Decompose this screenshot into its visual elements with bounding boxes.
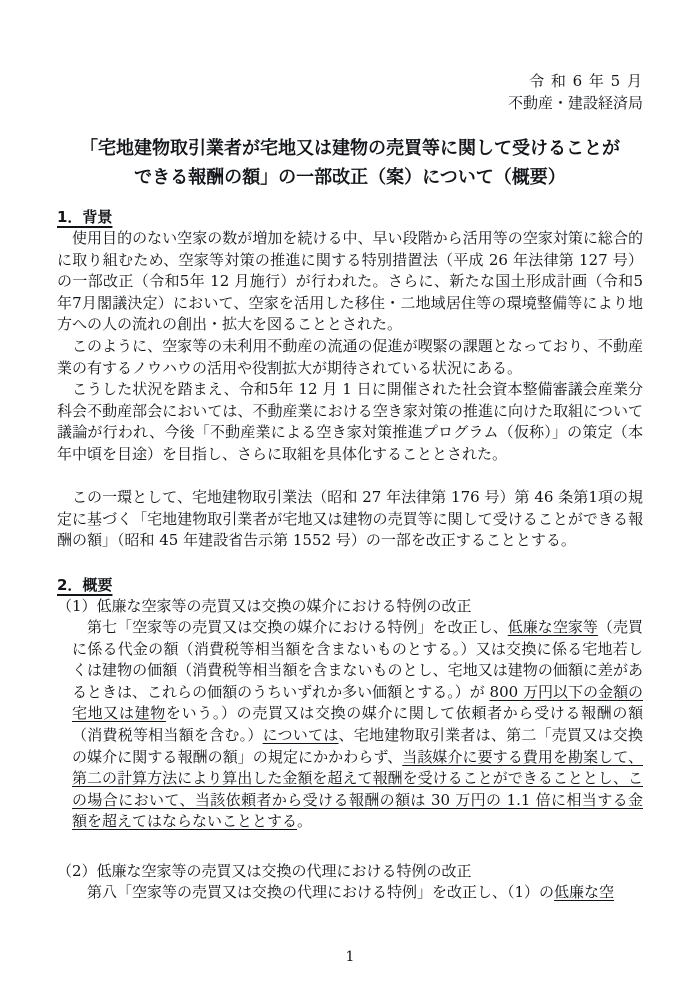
section2-item2-body: 第八「空家等の売買又は交換の代理における特例」を改正し、（1）の低廉な空: [57, 882, 643, 904]
section2-item1-heading: （1）低廉な空家等の売買又は交換の媒介における特例の改正: [57, 596, 643, 618]
section2-heading: 2．概要: [57, 574, 112, 596]
section2-item2-heading: （2）低廉な空家等の売買又は交換の代理における特例の改正: [57, 861, 643, 883]
text-segment: 。: [297, 812, 312, 830]
document-page: 令 和 6 年 5 月 不動産・建設経済局 「宅地建物取引業者が宅地又は建物の売…: [0, 0, 700, 995]
section1-paragraph-4: この一環として、宅地建物取引業法（昭和 27 年法律第 176 号）第 46 条…: [57, 487, 643, 552]
underlined-text-segment: 低廉な空家等: [508, 618, 598, 636]
section1-heading: 1．背景: [57, 206, 112, 228]
document-header: 令 和 6 年 5 月 不動産・建設経済局: [57, 70, 643, 114]
section1-paragraph-2: このように、空家等の未利用不動産の流通の促進が喫緊の課題となっており、不動産業の…: [57, 336, 643, 379]
text-segment: 第八「空家等の売買又は交換の代理における特例」を改正し、（1）の: [87, 883, 554, 901]
section1-heading-row: 1．背景: [57, 206, 643, 228]
section1-paragraph-1: 使用目的のない空家の数が増加を続ける中、早い段階から活用等の空家対策に総合的に取…: [57, 228, 643, 336]
document-title-line2: できる報酬の額」の一部改正（案）について（概要）: [57, 163, 643, 192]
section2-heading-row: 2．概要: [57, 574, 643, 596]
underlined-text-segment: 低廉な空: [554, 883, 614, 901]
blank-line: [57, 833, 643, 855]
page-number: 1: [0, 949, 700, 965]
underlined-text-segment: については: [263, 726, 339, 744]
section1-paragraph-3: こうした状況を踏まえ、令和5年 12 月 1 日に開催された社会資本整備審議会産…: [57, 379, 643, 465]
blank-line: [57, 552, 643, 574]
text-segment: 第七「空家等の売買又は交換の媒介における特例」を改正し、: [87, 618, 508, 636]
header-bureau: 不動産・建設経済局: [57, 92, 643, 114]
header-date: 令 和 6 年 5 月: [57, 70, 643, 92]
blank-line: [57, 466, 643, 488]
document-title: 「宅地建物取引業者が宅地又は建物の売買等に関して受けることが できる報酬の額」の…: [57, 134, 643, 192]
section2-item1-body: 第七「空家等の売買又は交換の媒介における特例」を改正し、低廉な空家等（売買に係る…: [57, 617, 643, 833]
document-title-line1: 「宅地建物取引業者が宅地又は建物の売買等に関して受けることが: [57, 134, 643, 163]
